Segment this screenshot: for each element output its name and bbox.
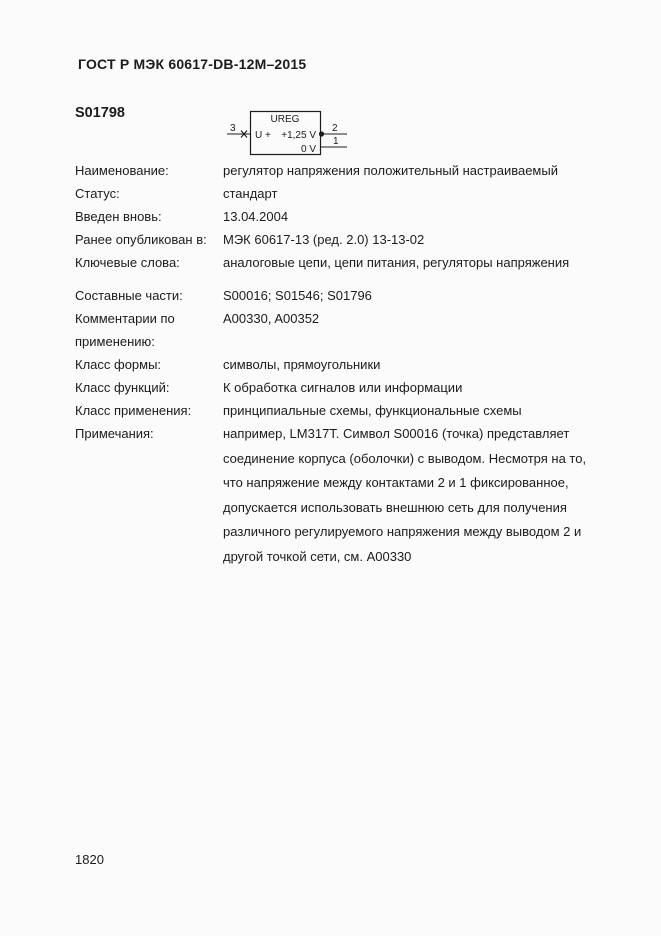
zero-voltage-label: 0 V [301, 144, 316, 155]
field-row-introduced: Введен вновь: 13.04.2004 [75, 205, 606, 228]
regulator-box-label: UREG [271, 114, 300, 125]
field-value: регулятор напряжения положительный настр… [223, 159, 606, 182]
field-table: Наименование: регулятор напряжения полож… [75, 159, 606, 569]
field-label: Класс функций: [75, 376, 223, 399]
field-row-application-class: Класс применения: принципиальные схемы, … [75, 399, 606, 422]
field-label: Составные части: [75, 284, 223, 307]
field-label: Статус: [75, 182, 223, 205]
field-label: Комментарии по применению: [75, 307, 223, 353]
field-row-components: Составные части: S00016; S01546; S01796 [75, 284, 606, 307]
field-value-notes: например, LM317T. Символ S00016 (точка) … [223, 422, 606, 569]
field-row-previously-published: Ранее опубликован в: МЭК 60617-13 (ред. … [75, 228, 606, 251]
field-row-keywords: Ключевые слова: аналоговые цепи, цепи пи… [75, 251, 606, 274]
field-label: Введен вновь: [75, 205, 223, 228]
field-row-function-class: Класс функций: К обработка сигналов или … [75, 376, 606, 399]
field-value: символы, прямоугольники [223, 353, 606, 376]
reference-voltage-label: +1,25 V [281, 130, 316, 141]
field-row-shape-class: Класс формы: символы, прямоугольники [75, 353, 606, 376]
field-label: Наименование: [75, 159, 223, 182]
field-value: аналоговые цепи, цепи питания, регулятор… [223, 251, 606, 274]
notes-line: различного регулируемого напряжения межд… [223, 520, 606, 545]
pin3-number: 3 [230, 123, 236, 134]
field-label: Класс применения: [75, 399, 223, 422]
notes-line: соединение корпуса (оболочки) с выводом.… [223, 447, 606, 472]
page-number: 1820 [75, 852, 104, 867]
field-label: Класс формы: [75, 353, 223, 376]
symbol-id: S01798 [75, 105, 125, 121]
field-label: Ранее опубликован в: [75, 228, 223, 251]
voltage-regulator-schematic: UREG U + +1,25 V 0 V 3 2 1 [226, 107, 358, 161]
field-value: 13.04.2004 [223, 205, 606, 228]
field-value: A00330, A00352 [223, 307, 606, 330]
field-label: Ключевые слова: [75, 251, 223, 274]
notes-line: другой точкой сети, см. A00330 [223, 545, 606, 570]
field-label: Примечания: [75, 422, 223, 445]
pin1-number: 1 [333, 136, 339, 147]
field-value: стандарт [223, 182, 606, 205]
notes-line: что напряжение между контактами 2 и 1 фи… [223, 471, 606, 496]
field-row-application-comments: Комментарии по применению: A00330, A0035… [75, 307, 606, 353]
document-page: ГОСТ Р МЭК 60617-DB-12M–2015 S01798 UREG… [0, 0, 661, 936]
junction-dot-icon [319, 131, 324, 136]
field-value: принципиальные схемы, функциональные схе… [223, 399, 606, 422]
field-row-status: Статус: стандарт [75, 182, 606, 205]
pin2-number: 2 [332, 123, 338, 134]
field-value: МЭК 60617-13 (ред. 2.0) 13-13-02 [223, 228, 606, 251]
notes-line: допускается использовать внешнюю сеть дл… [223, 496, 606, 521]
input-voltage-label: U + [255, 130, 271, 141]
symbol-diagram: UREG U + +1,25 V 0 V 3 2 1 [226, 107, 358, 166]
notes-line: например, LM317T. Символ S00016 (точка) … [223, 422, 606, 447]
field-row-name: Наименование: регулятор напряжения полож… [75, 159, 606, 182]
field-row-notes: Примечания: например, LM317T. Символ S00… [75, 422, 606, 569]
standard-title: ГОСТ Р МЭК 60617-DB-12M–2015 [78, 56, 306, 72]
field-value: S00016; S01546; S01796 [223, 284, 606, 307]
field-value: К обработка сигналов или информации [223, 376, 606, 399]
